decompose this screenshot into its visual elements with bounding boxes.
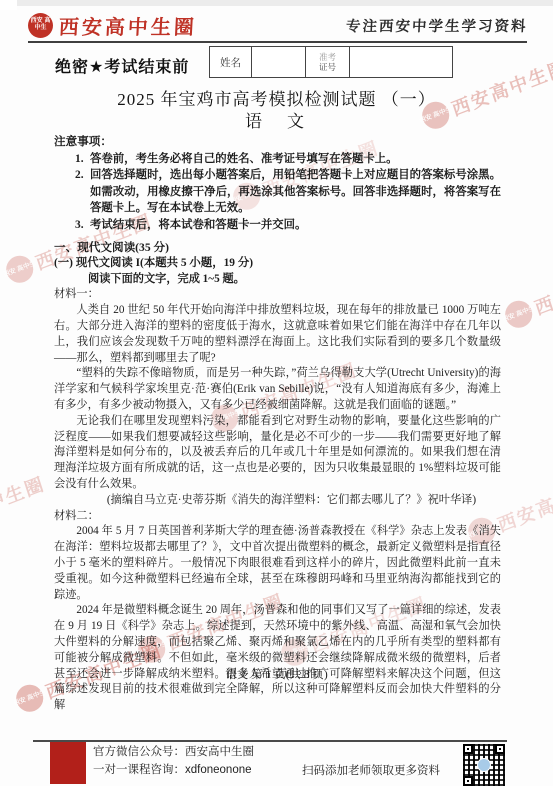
id-label-top: 准考 [319,52,336,62]
section-part-heading: 一、现代文阅读(35 分) [54,240,501,256]
notice-item: 1. 答卷前，考生务必将自己的姓名、准考证号填写在答题卡上。 [75,151,501,168]
brand-watermark: 西安 高中生 西安高中生圈 [0,469,49,549]
reading-instruction: 阅读下面的文字，完成 1~5 题。 [88,272,501,288]
id-label-cell: 准考 证号 [305,47,349,77]
material1-paragraph: 人类自 20 世纪 50 年代开始向海洋中排放塑料垃圾，现在每年的排放量已 10… [54,303,501,366]
qr-code [463,744,505,786]
qr-finder-icon [463,776,473,786]
brand-block: 西安 高中生 西安高中生圈 [28,11,197,40]
notice-item-text: 回答选择题时，选出每小题答案后，用铅笔把答题卡上对应题目的答案标号涂黑。如需改动… [90,169,501,214]
watermark-text: 西安高中生圈 [531,252,553,321]
scan-corner-artifact [0,0,17,10]
material1-paragraph: “塑料的失踪不像暗物质，而是另一种失踪，”荷兰乌得勒支大学(Utrecht Un… [54,366,501,413]
id-input-cell [349,47,452,77]
id-label: 准考 证号 [319,52,336,72]
name-label-cell: 姓名 [210,47,251,77]
header-brand-bar: 西安 高中生 西安高中生圈 专注西安中学生学习资料 [28,9,527,43]
notice-item-number: 3. [75,217,84,234]
secret-label: 绝密★考试结束前 [55,54,189,77]
material1-paragraph: 无论我们在哪里发现塑料污染，都能看到它对野生动物的影响，要量化这些影响的广泛程度… [54,414,501,493]
material1-source: (摘编自马立克·史蒂芬斯《消失的海洋塑料：它们都去哪儿了？》祝叶华译) [54,493,501,509]
section-sub-heading: (一) 现代文阅读 I(本题共 5 小题，19 分) [54,256,501,272]
qr-center-logo-icon [477,758,491,772]
exam-paper-page: 西安 高中生 西安高中生圈 西安 高中生 西安高中生圈 西安 高中生 西安高中生… [0,0,553,786]
notice-heading: 注意事项： [54,134,501,151]
material2-label: 材料二： [54,509,501,525]
brand-logo-icon: 西安 高中生 [501,297,536,332]
page-number: 语文 第 1 页(共 8 页) [0,666,553,682]
qr-finder-icon [463,744,473,754]
qr-caption: 扫码添加老师领取更多资料 [302,762,440,778]
notice-item-number: 1. [75,151,84,168]
notice-item-text: 答卷前，考生务必将自己的姓名、准考证号填写在答题卡上。 [90,153,398,165]
candidate-info-table: 姓名 准考 证号 [209,46,453,78]
material1-label: 材料一： [54,287,501,303]
header-tagline: 专注西安中学生学习资料 [345,15,528,36]
brand-logo-icon: 西安 高中生 [28,13,53,38]
notice-item: 2. 回答选择题时，选出每小题答案后，用铅笔把答题卡上对应题目的答案标号涂黑。如… [75,167,501,217]
footer-consult-line: 一对一课程咨询：xdfoneonone [93,762,254,780]
id-label-bottom: 证号 [319,62,336,72]
footer-wechat-line: 官方微信公众号：西安高中生圈 [93,744,254,762]
watermark-text: 西安高中生圈 [0,470,48,539]
brand-name: 西安高中生圈 [58,11,198,40]
scan-edge-strip [0,0,553,6]
watermark-text: 西安高中生圈 [494,469,553,538]
qr-finder-icon [495,744,505,754]
name-input-cell [251,47,305,77]
notice-item: 3. 考试结束后，将本试卷和答题卡一并交回。 [75,217,501,234]
paper-subject: 语 文 [0,107,553,132]
brand-watermark: 西安 高中生 西安高中生圈 [501,251,553,331]
footer-contact-block: 官方微信公众号：西安高中生圈 一对一课程咨询：xdfoneonone [93,744,254,779]
material2-paragraph: 2024 年是微塑料概念诞生 20 周年，汤普森和他的同事们又写了一篇详细的综述… [54,603,501,714]
notice-item-number: 2. [75,167,84,184]
notice-item-text: 考试结束后，将本试卷和答题卡一并交回。 [90,219,306,231]
material2-paragraph: 2004 年 5 月 7 日英国普利茅斯大学的理查德·汤普森教授在《科学》杂志上… [54,524,501,603]
paper-body: 注意事项： 1. 答卷前，考生务必将自己的姓名、准考证号填写在答题卡上。 2. … [54,134,501,714]
footer-logo-block [50,742,86,784]
brand-logo-icon: 西安 高中生 [12,681,47,716]
brand-logo-icon: 西安 高中生 [2,252,37,287]
footer-divider [33,740,507,742]
